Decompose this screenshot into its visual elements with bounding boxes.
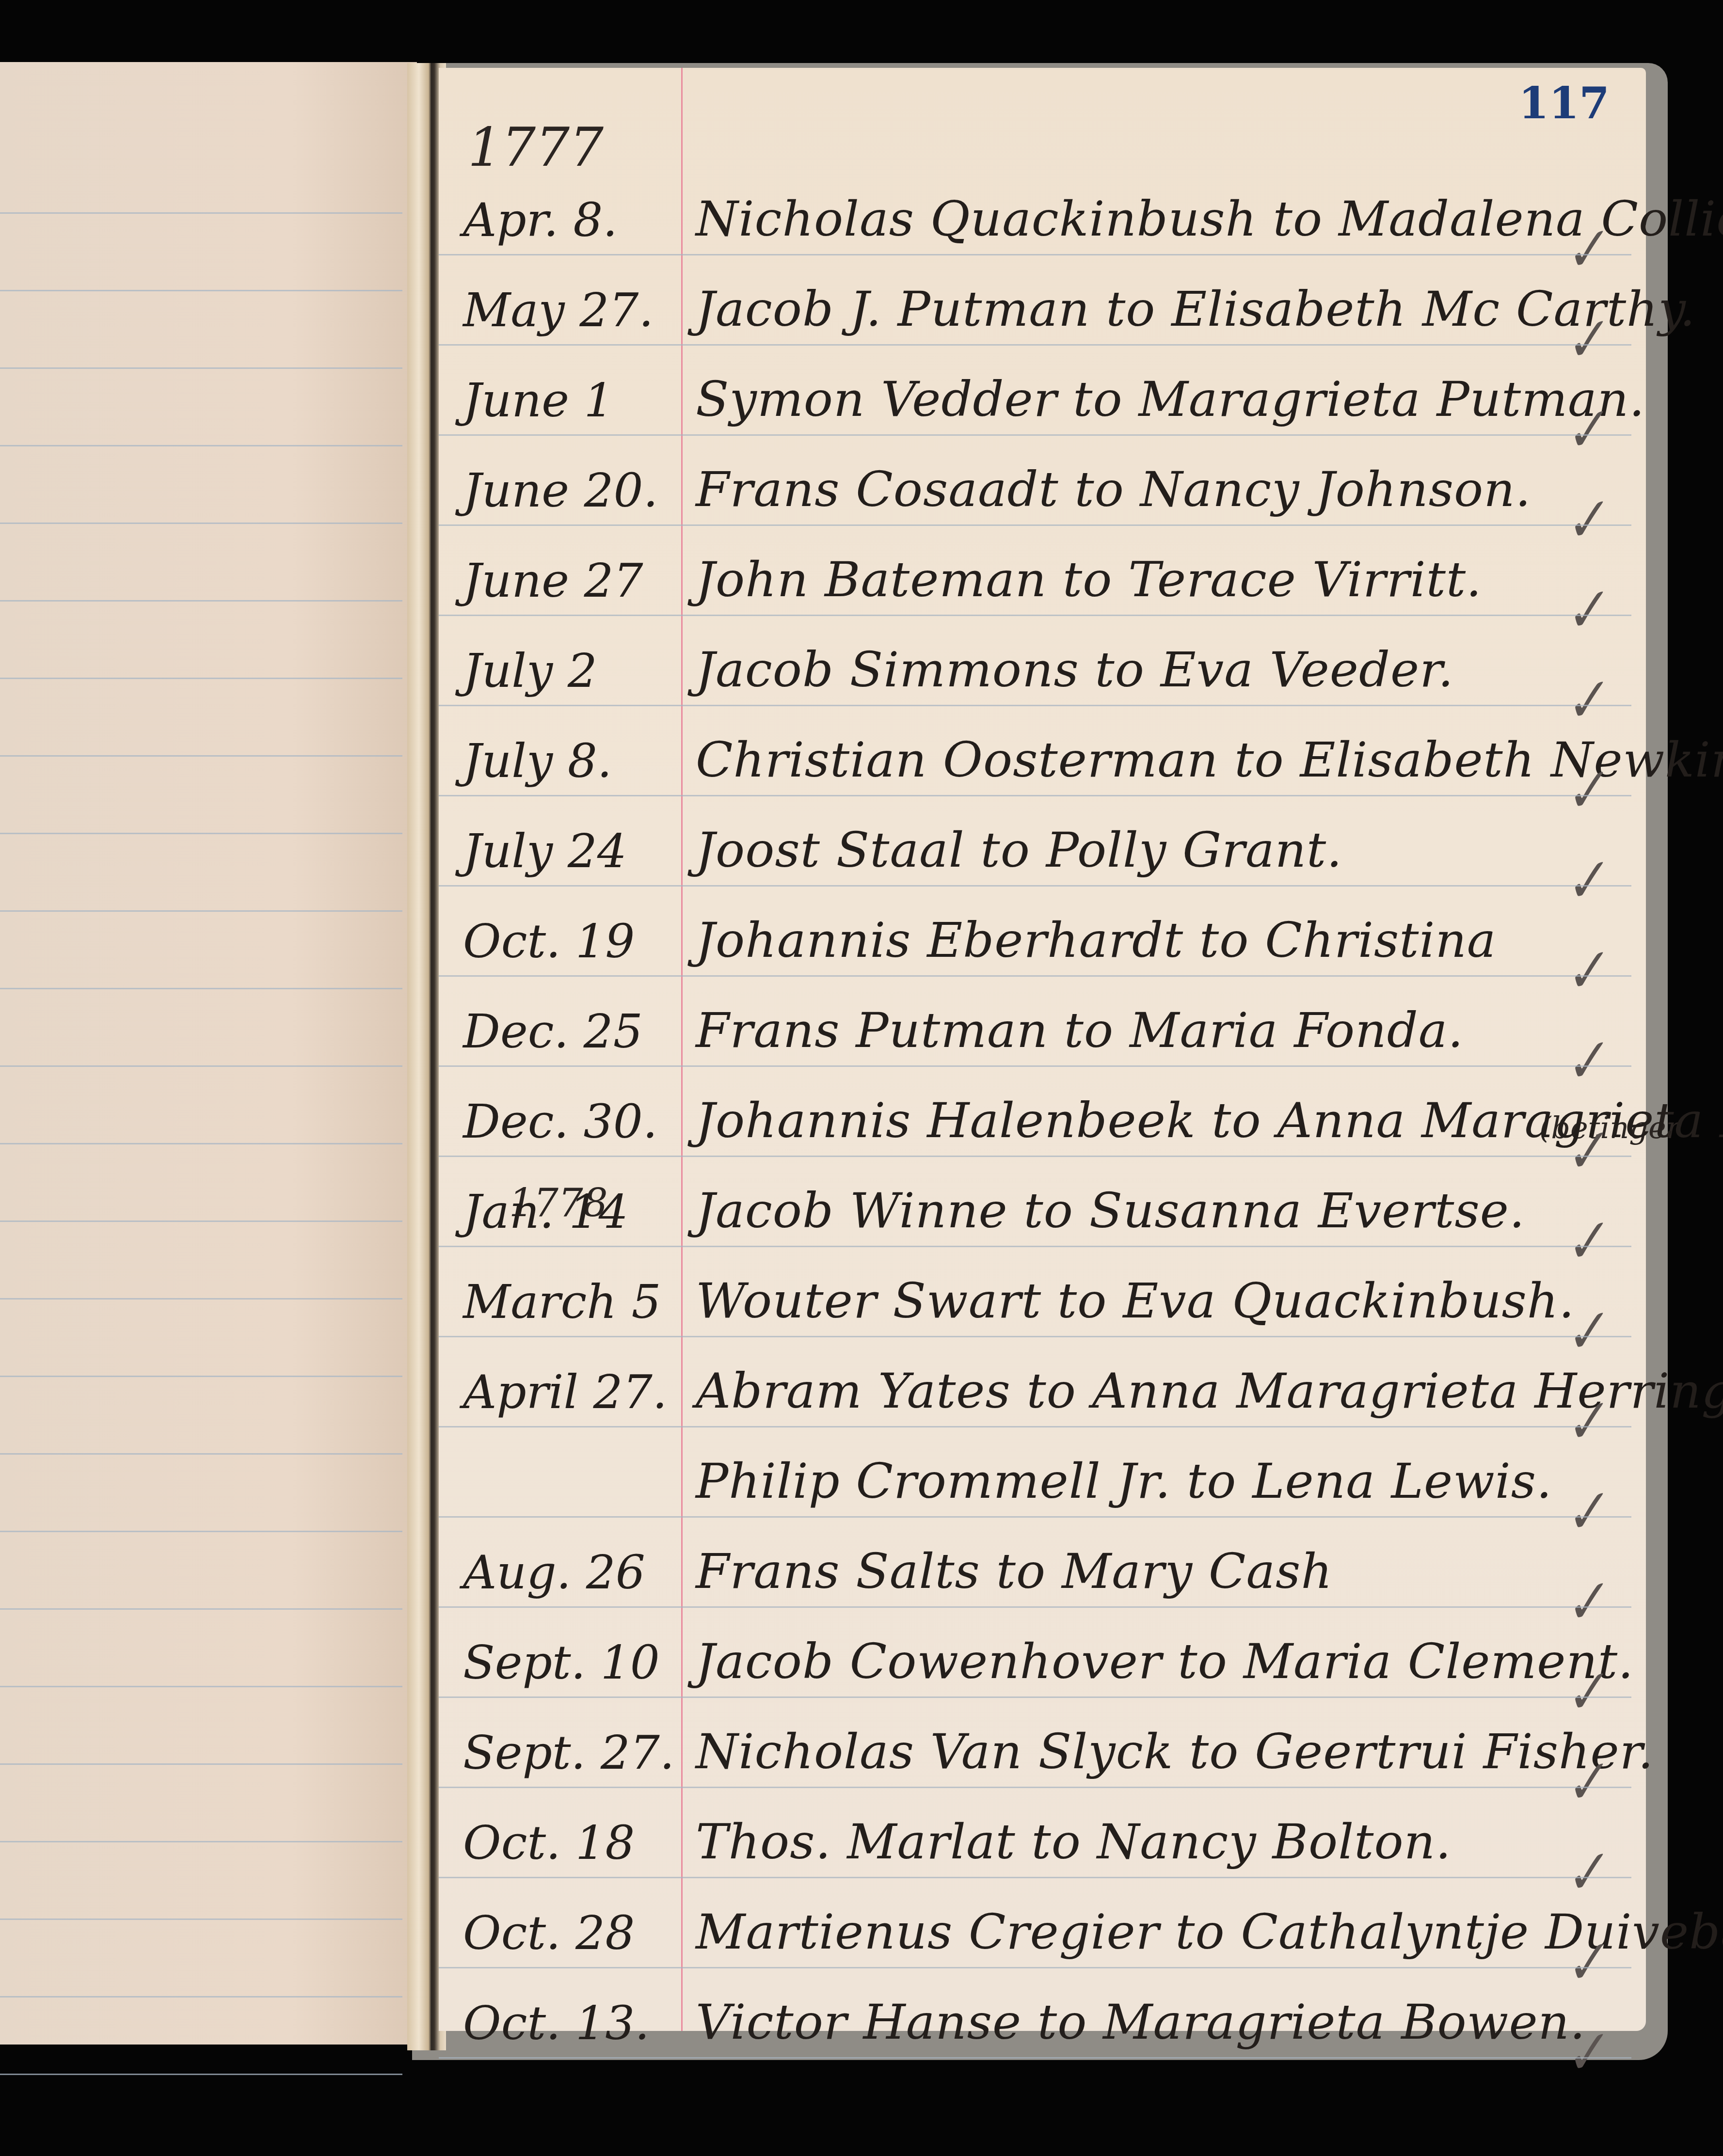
left-page-blank bbox=[0, 62, 417, 2045]
entry-names: John Bateman to Terace Virritt. bbox=[696, 551, 1482, 608]
ruled-line bbox=[439, 615, 1631, 616]
ruled-line bbox=[0, 1841, 402, 1842]
entry-date: Oct. 28 bbox=[463, 1906, 635, 1960]
entry-date: Aug. 26 bbox=[463, 1545, 645, 1600]
entry-names: Johannis Eberhardt to Christina bbox=[696, 912, 1496, 968]
ruled-line bbox=[0, 1221, 402, 1222]
ledger-entry: June 1Symon Vedder to Maragrieta Putman.… bbox=[439, 345, 1627, 442]
entry-date: Jan. 14 bbox=[463, 1185, 628, 1239]
entry-date: June 20. bbox=[463, 463, 658, 518]
ruled-line bbox=[0, 445, 402, 446]
ruled-line bbox=[0, 1763, 402, 1765]
entry-names: Nicholas Van Slyck to Geertrui Fisher. bbox=[696, 1723, 1654, 1780]
ruled-line bbox=[0, 523, 402, 524]
ruled-line bbox=[0, 1531, 402, 1532]
entry-date: June 27 bbox=[463, 554, 643, 608]
ledger-entry: Dec. 25Frans Putman to Maria Fonda.✓ bbox=[439, 976, 1627, 1073]
ledger-entry: Philip Crommell Jr. to Lena Lewis.✓ bbox=[439, 1427, 1627, 1524]
entry-date: July 8. bbox=[463, 734, 612, 788]
ruled-line bbox=[0, 678, 402, 679]
ruled-line bbox=[439, 1426, 1631, 1427]
ruled-line bbox=[439, 1606, 1631, 1608]
ruled-line bbox=[0, 600, 402, 602]
ruled-line bbox=[439, 1877, 1631, 1878]
ruled-line bbox=[439, 434, 1631, 436]
ruled-line bbox=[439, 885, 1631, 887]
right-page-ledger: 117 1777 1778 (betinger Apr. 8.Nicholas … bbox=[439, 68, 1646, 2031]
entry-names: Frans Salts to Mary Cash bbox=[696, 1543, 1333, 1600]
ruled-line bbox=[439, 1967, 1631, 1968]
ruled-line bbox=[0, 212, 402, 214]
entry-names: Symon Vedder to Maragrieta Putman. bbox=[696, 371, 1645, 428]
entry-date: Oct. 19 bbox=[463, 914, 635, 968]
ruled-line bbox=[439, 1246, 1631, 1247]
ruled-line bbox=[439, 344, 1631, 346]
ruled-line bbox=[0, 988, 402, 989]
entry-date: May 27. bbox=[463, 283, 654, 337]
ruled-line bbox=[439, 705, 1631, 706]
ruled-line bbox=[0, 1298, 402, 1300]
ledger-entry: June 20.Frans Cosaadt to Nancy Johnson.✓ bbox=[439, 435, 1627, 532]
ledger-entry: Apr. 8.Nicholas Quackinbush to Madalena … bbox=[439, 165, 1627, 262]
ruled-line bbox=[0, 1608, 402, 1610]
ruled-line bbox=[0, 1918, 402, 1920]
ledger-entry: Oct. 28Martienus Cregier to Cathalyntje … bbox=[439, 1878, 1627, 1975]
ruled-line bbox=[0, 1376, 402, 1377]
entry-names: Philip Crommell Jr. to Lena Lewis. bbox=[696, 1453, 1552, 1509]
ledger-entry: July 24Joost Staal to Polly Grant.✓ bbox=[439, 796, 1627, 893]
ledger-entry: Oct. 18Thos. Marlat to Nancy Bolton.✓ bbox=[439, 1788, 1627, 1885]
ruled-line bbox=[0, 1065, 402, 1067]
ruled-line bbox=[0, 2074, 402, 2075]
ruled-line bbox=[439, 1696, 1631, 1698]
entry-names: Jacob J. Putman to Elisabeth Mc Carthy. bbox=[696, 281, 1696, 337]
ledger-entry: Aug. 26Frans Salts to Mary Cash✓ bbox=[439, 1517, 1627, 1614]
ruled-line bbox=[0, 833, 402, 834]
ledger-entry: July 2Jacob Simmons to Eva Veeder.✓ bbox=[439, 616, 1627, 713]
ruled-line bbox=[439, 1336, 1631, 1337]
entry-date: July 2 bbox=[463, 644, 597, 698]
ruled-line bbox=[0, 290, 402, 291]
ruled-line bbox=[439, 1065, 1631, 1067]
entry-date: Apr. 8. bbox=[463, 193, 618, 247]
entry-date: Dec. 30. bbox=[463, 1094, 657, 1149]
entry-names: Joost Staal to Polly Grant. bbox=[696, 822, 1342, 878]
entry-date: Oct. 18 bbox=[463, 1816, 635, 1870]
ruled-line bbox=[0, 755, 402, 757]
ruled-line bbox=[0, 1996, 402, 1997]
entry-names: Wouter Swart to Eva Quackinbush. bbox=[696, 1272, 1575, 1329]
ledger-entry: Jan. 14Jacob Winne to Susanna Evertse.✓ bbox=[439, 1157, 1627, 1253]
entry-date: March 5 bbox=[463, 1275, 661, 1329]
ledger-entry: June 27John Bateman to Terace Virritt.✓ bbox=[439, 525, 1627, 622]
ruled-line bbox=[439, 1787, 1631, 1788]
entry-date: Sept. 27. bbox=[463, 1726, 674, 1780]
entry-date: April 27. bbox=[463, 1365, 667, 1419]
ruled-line bbox=[439, 795, 1631, 796]
entry-date: June 1 bbox=[463, 373, 614, 428]
entry-names: Jacob Winne to Susanna Evertse. bbox=[696, 1182, 1525, 1239]
ruled-line bbox=[439, 524, 1631, 526]
entry-date: Dec. 25 bbox=[463, 1004, 643, 1059]
ruled-line bbox=[0, 1143, 402, 1144]
ledger-entry: Oct. 13.Victor Hanse to Maragrieta Bowen… bbox=[439, 1968, 1627, 2065]
entry-names: Frans Cosaadt to Nancy Johnson. bbox=[696, 461, 1531, 518]
entry-names: Jacob Cowenhover to Maria Clement. bbox=[696, 1633, 1634, 1690]
entry-names: Victor Hanse to Maragrieta Bowen. bbox=[696, 1994, 1586, 2050]
entry-date: Sept. 10 bbox=[463, 1635, 660, 1690]
ruled-line bbox=[0, 1453, 402, 1455]
entry-date: July 24 bbox=[463, 824, 627, 878]
ledger-entry: April 27.Abram Yates to Anna Maragrieta … bbox=[439, 1337, 1627, 1434]
entry-names: Thos. Marlat to Nancy Bolton. bbox=[696, 1813, 1452, 1870]
entry-date: Oct. 13. bbox=[463, 1996, 650, 2050]
ruled-line bbox=[439, 2057, 1631, 2059]
entry-names: Frans Putman to Maria Fonda. bbox=[696, 1002, 1464, 1059]
ruled-line bbox=[0, 367, 402, 369]
ruled-line bbox=[0, 910, 402, 912]
ledger-entry: Sept. 10Jacob Cowenhover to Maria Clemen… bbox=[439, 1607, 1627, 1704]
check-mark-icon: ✓ bbox=[1557, 2018, 1613, 2088]
ledger-entry: Sept. 27.Nicholas Van Slyck to Geertrui … bbox=[439, 1697, 1627, 1794]
ledger-entry: Oct. 19Johannis Eberhardt to Christina✓ bbox=[439, 886, 1627, 983]
ruled-line bbox=[439, 975, 1631, 977]
page-number: 117 bbox=[1518, 78, 1610, 129]
ledger-entry: July 8.Christian Oosterman to Elisabeth … bbox=[439, 706, 1627, 803]
ruled-line bbox=[439, 254, 1631, 255]
ledger-entry: March 5Wouter Swart to Eva Quackinbush.✓ bbox=[439, 1247, 1627, 1344]
ruled-line bbox=[439, 1516, 1631, 1518]
ledger-entry: May 27.Jacob J. Putman to Elisabeth Mc C… bbox=[439, 255, 1627, 352]
ruled-line bbox=[0, 1686, 402, 1687]
ruled-line bbox=[439, 1156, 1631, 1157]
entry-names: Jacob Simmons to Eva Veeder. bbox=[696, 641, 1454, 698]
ledger-entry: Dec. 30.Johannis Halenbeek to Anna Marag… bbox=[439, 1066, 1627, 1163]
